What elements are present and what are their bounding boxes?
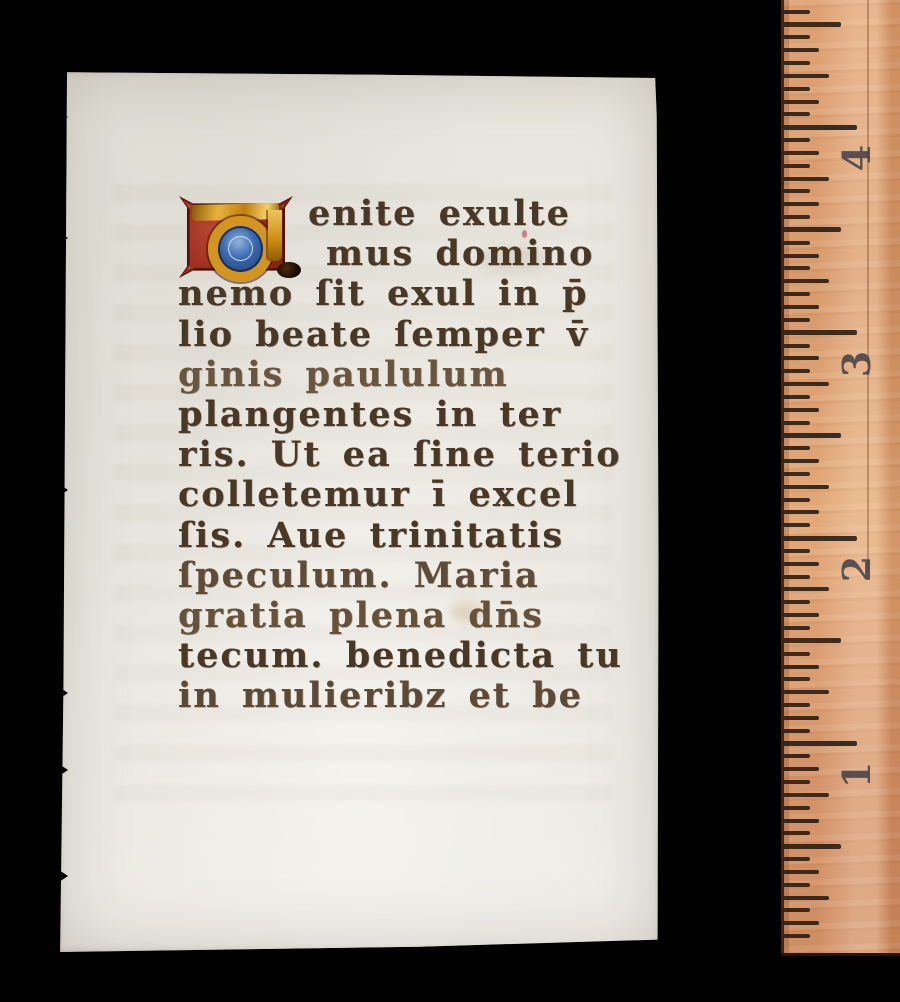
manuscript-text-line: in mulieribz et be	[178, 676, 648, 716]
ruler-tick-six	[783, 35, 810, 39]
ruler-tick-six	[783, 831, 810, 835]
ruler-tick-six	[783, 138, 810, 142]
manuscript-text-block: enite exulte mus domino nemo ſit exul in…	[178, 194, 648, 716]
ruler-tick-six	[783, 857, 810, 861]
ruler-tick-eighth	[783, 151, 819, 155]
ruler-tick-six	[783, 344, 810, 348]
ruler-tick-six	[783, 112, 810, 116]
ruler-tick-six	[783, 549, 810, 553]
ruler-tick-six	[783, 575, 810, 579]
ruler-tick-six	[783, 421, 810, 425]
ruler-tick-six	[783, 472, 810, 476]
ruler-tick-quarter	[783, 279, 829, 283]
ruler-tick-inch	[783, 536, 857, 541]
ruler-tick-six	[783, 395, 810, 399]
ruler-tick-six	[783, 266, 810, 270]
ruler-tick-six	[783, 626, 810, 630]
ruler-tick-six	[783, 292, 810, 296]
ruler-tick-six	[783, 780, 810, 784]
ruler-tick-eighth	[783, 459, 819, 463]
ruler-tick-inch	[783, 741, 857, 746]
ruler-tick-six	[783, 806, 810, 810]
binding-notch	[56, 685, 68, 701]
ruler-tick-six	[783, 369, 810, 373]
ruler-tick-six	[783, 677, 810, 681]
ruler-tick-quarter	[783, 896, 829, 900]
ruler-tick-quarter	[783, 587, 829, 591]
ruler-tick-eighth	[783, 767, 819, 771]
ruler-tick-six	[783, 523, 810, 527]
manuscript-text-line: tecum. benedicta tu	[178, 636, 648, 676]
ruler-tick-six	[783, 215, 810, 219]
ruler-tick-six	[783, 189, 810, 193]
photo-background: V enite exulte mus domino nemo ſit exul …	[0, 0, 900, 1002]
binding-notch	[56, 762, 68, 778]
ruler-tick-inch	[783, 330, 857, 335]
manuscript-text-line: ris. Ut ea ſine terio	[178, 435, 648, 475]
manuscript-text-line: plangentes in ter	[178, 395, 648, 435]
ruler-number: 4	[833, 135, 879, 181]
ruler-tick-quarter	[783, 485, 829, 489]
ruler-tick-eighth	[783, 921, 819, 925]
manuscript-text-line: ginis paululum	[178, 355, 648, 395]
ruler-tick-half	[783, 638, 841, 643]
ruler-tick-eighth	[783, 870, 819, 874]
ruler-number: 2	[833, 546, 879, 592]
ruler-tick-half	[783, 227, 841, 232]
ruler-tick-six	[783, 87, 810, 91]
ruler-tick-six	[783, 241, 810, 245]
ruler-tick-quarter	[783, 382, 829, 386]
ruler-tick-six	[783, 10, 810, 14]
ruler-tick-six	[783, 318, 810, 322]
ruler-tick-six	[783, 729, 810, 733]
manuscript-text-line: enite exulte	[178, 194, 648, 234]
ruler-tick-six	[783, 934, 810, 938]
ruler-tick-half	[783, 22, 841, 27]
manuscript-text-line: colletemur ī excel	[178, 475, 648, 515]
ruler-tick-half	[783, 433, 841, 438]
wooden-ruler: 1234	[781, 0, 900, 956]
manuscript-text-line: mus domino	[178, 234, 648, 274]
ruler-tick-six	[783, 883, 810, 887]
ruler-tick-eighth	[783, 202, 819, 206]
ruler-tick-six	[783, 652, 810, 656]
ruler-tick-eighth	[783, 100, 819, 104]
manuscript-text-line: ſis. Aue trinitatis	[178, 516, 648, 556]
manuscript-text-line: lio beate ſemper v̄	[178, 315, 648, 355]
ruler-tick-six	[783, 754, 810, 758]
ruler-tick-eighth	[783, 254, 819, 258]
binding-notch	[56, 109, 68, 125]
ruler-tick-quarter	[783, 793, 829, 797]
ruler-number: 3	[833, 341, 879, 387]
manuscript-text-line: nemo ſit exul in p̄	[178, 274, 648, 314]
ruler-tick-eighth	[783, 356, 819, 360]
ruler-tick-eighth	[783, 48, 819, 52]
ruler-tick-eighth	[783, 716, 819, 720]
ruler-tick-six	[783, 600, 810, 604]
ruler-tick-eighth	[783, 510, 819, 514]
wood-grain-groove	[867, 0, 869, 572]
ruler-tick-six	[783, 908, 810, 912]
ruler-tick-six	[783, 164, 810, 168]
ruler-tick-eighth	[783, 613, 819, 617]
ruler-tick-six	[783, 446, 810, 450]
ruler-tick-six	[783, 61, 810, 65]
manuscript-leaf: V enite exulte mus domino nemo ſit exul …	[58, 70, 660, 952]
ruler-tick-six	[783, 703, 810, 707]
ruler-tick-half	[783, 844, 841, 849]
ruler-tick-eighth	[783, 665, 819, 669]
binding-notch	[56, 230, 68, 246]
binding-notch	[56, 482, 68, 498]
ruler-tick-eighth	[783, 819, 819, 823]
ruler-tick-six	[783, 498, 810, 502]
binding-notch	[56, 868, 68, 884]
ruler-tick-eighth	[783, 305, 819, 309]
ruler-tick-quarter	[783, 690, 829, 694]
ruler-number: 1	[833, 752, 879, 798]
manuscript-text-line: ſpeculum. Maria	[178, 556, 648, 596]
ruler-tick-inch	[783, 125, 857, 130]
ruler-tick-eighth	[783, 408, 819, 412]
ruler-tick-quarter	[783, 74, 829, 78]
ruler-tick-quarter	[783, 177, 829, 181]
manuscript-text-line: gratia plena dn̄s	[178, 596, 648, 636]
ruler-tick-eighth	[783, 562, 819, 566]
